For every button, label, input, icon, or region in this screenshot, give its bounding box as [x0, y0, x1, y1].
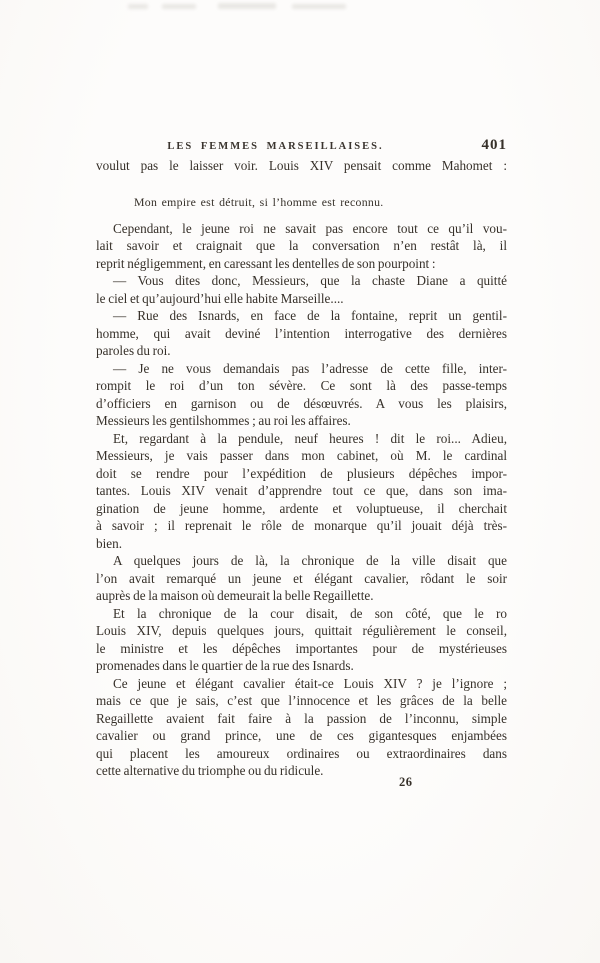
signature-mark: 26 — [399, 775, 413, 790]
text-line: Et la chronique de la cour disait, de so… — [96, 605, 507, 623]
text-line: Regaillette avaient fait faire à la pass… — [96, 710, 507, 728]
text-line: Cependant, le jeune roi ne savait pas en… — [96, 220, 507, 238]
text-line: le ministre et les dépêches importantes … — [96, 640, 507, 658]
text-line: Louis XIV, depuis quelques jours, quitta… — [96, 622, 507, 640]
scan-bleed-artifact — [162, 4, 196, 9]
text-line: lait savoir et craignait que la conversa… — [96, 237, 507, 255]
text-line: rompit le roi d’un ton sévère. Ce sont l… — [96, 377, 507, 395]
header-spacer-right: 401 — [410, 138, 507, 152]
body-paragraphs: Cependant, le jeune roi ne savait pas en… — [96, 220, 507, 780]
text-line: à savoir ; il reprenait le rôle de monar… — [96, 517, 507, 535]
text-line: — Rue des Isnards, en face de la fontain… — [96, 307, 507, 325]
text-line: cette alternative du triomphe ou du ridi… — [96, 762, 507, 780]
text-line: d’officiers en garnison ou de désœuvrés.… — [96, 395, 507, 413]
scan-bleed-artifact — [128, 4, 148, 9]
page-number: 401 — [482, 137, 508, 153]
text-line: Et, regardant à la pendule, neuf heures … — [96, 430, 507, 448]
text-line: tantes. Louis XIV venait d’apprendre tou… — [96, 482, 507, 500]
text-line: paroles du roi. — [96, 342, 507, 360]
text-line: l’on avait remarqué un jeune et élégant … — [96, 570, 507, 588]
text-line: cavalier ou grand prince, une de ces gig… — [96, 727, 507, 745]
text-line: — Vous dites donc, Messieurs, que la cha… — [96, 272, 507, 290]
text-line: doit se rendre pour l’expédition de plus… — [96, 465, 507, 483]
text-block: LES FEMMES MARSEILLAISES. 401 voulut pas… — [96, 138, 507, 780]
text-line: reprit négligemment, en caressant les de… — [96, 255, 507, 273]
epigraph-quote: Mon empire est détruit, si l’homme est r… — [134, 195, 507, 209]
scan-bleed-artifact — [218, 3, 276, 9]
running-header-title: LES FEMMES MARSEILLAISES. — [167, 140, 383, 154]
text-line: — Je ne vous demandais pas l’adresse de … — [96, 360, 507, 378]
running-header: LES FEMMES MARSEILLAISES. 401 — [96, 138, 507, 154]
text-line: promenades dans le quartier de la rue de… — [96, 657, 507, 675]
text-line: le ciel et qu’aujourd’hui elle habite Ma… — [96, 290, 507, 308]
text-line: qui placent les amoureux ordinaires ou e… — [96, 745, 507, 763]
text-line: mais ce que je sais, c’est que l’innocen… — [96, 692, 507, 710]
text-line: A quelques jours de là, la chronique de … — [96, 552, 507, 570]
text-line: homme, qui avait deviné l’intention inte… — [96, 325, 507, 343]
text-line: gination de jeune homme, ardente et volu… — [96, 500, 507, 518]
text-line: Ce jeune et élégant cavalier était-ce Lo… — [96, 675, 507, 693]
book-page-scan: LES FEMMES MARSEILLAISES. 401 voulut pas… — [0, 0, 600, 963]
text-line: Messieurs, je vais passer dans mon cabin… — [96, 447, 507, 465]
text-line: bien. — [96, 535, 507, 553]
scan-bleed-artifact — [292, 4, 346, 9]
text-line: Messieurs les gentilshommes ; au roi les… — [96, 412, 507, 430]
text-line: auprès de la maison où demeurait la bell… — [96, 587, 507, 605]
continuation-line: voulut pas le laisser voir. Louis XIV pe… — [96, 157, 507, 175]
